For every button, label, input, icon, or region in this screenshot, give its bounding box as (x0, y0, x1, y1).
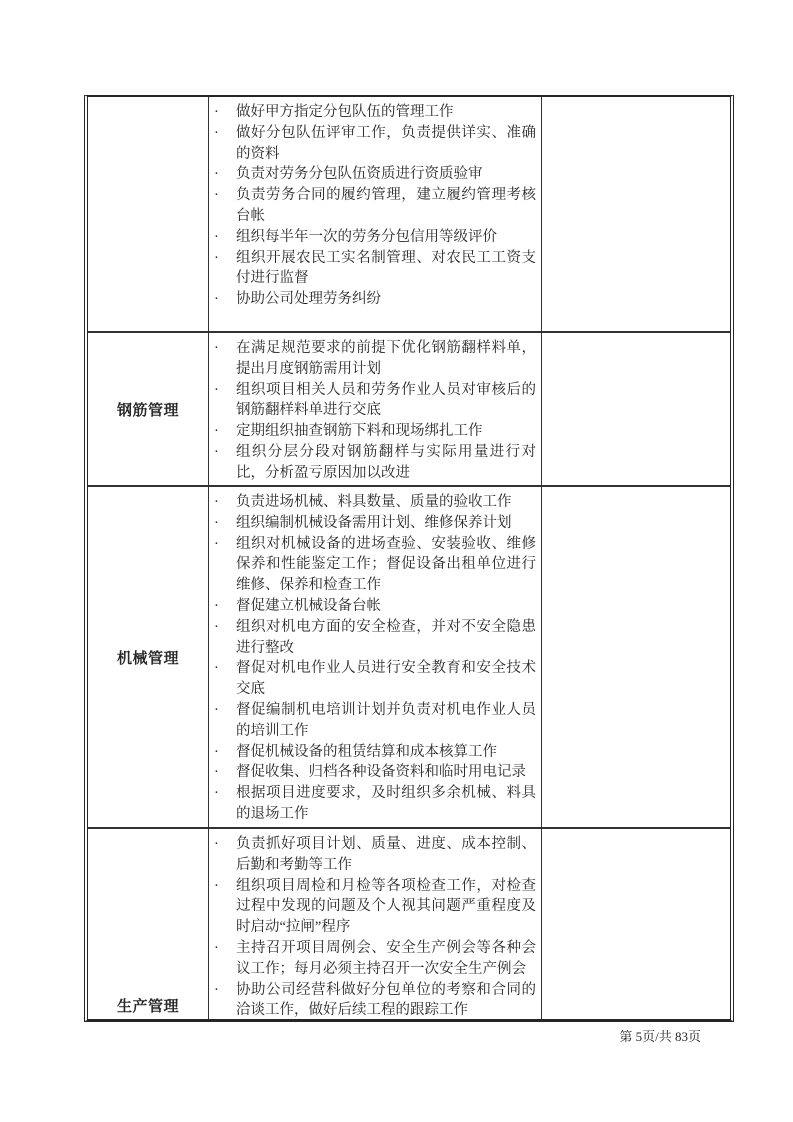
table-row: ·做好甲方指定分包队伍的管理工作·做好分包队伍评审工作，负责提供详实、准确的资料… (88, 97, 730, 333)
duty-item: ·组织对机械设备的进场查验、安装验收、维修保养和性能鉴定工作；督促设备出租单位进… (213, 534, 536, 596)
row-duties-cell: ·做好甲方指定分包队伍的管理工作·做好分包队伍评审工作，负责提供详实、准确的资料… (209, 97, 542, 331)
duty-item: ·组织分层分段对钢筋翻样与实际用量进行对比，分析盈亏原因加以改进 (213, 442, 536, 484)
row-label: 生产管理 (117, 995, 179, 1016)
duty-text: 督促编制机电培训计划并负责对机电作业人员的培训工作 (236, 702, 536, 739)
duty-item: ·负责进场机械、料具数量、质量的验收工作 (213, 492, 536, 513)
duty-text: 做好分包队伍评审工作，负责提供详实、准确的资料 (236, 125, 536, 162)
bullet-marker: · (214, 742, 219, 763)
page-number: 第 5页/共 83页 (619, 1026, 701, 1045)
duty-item: ·负责对劳务分包队伍资质进行资质验审 (213, 164, 536, 185)
duty-item: ·组织项目相关人员和劳务作业人员对审核后的钢筋翻样料单进行交底 (213, 380, 536, 422)
duty-text: 组织分层分段对钢筋翻样与实际用量进行对比，分析盈亏原因加以改进 (236, 444, 536, 481)
duty-text: 督促收集、归档各种设备资料和临时用电记录 (236, 764, 526, 780)
duty-text: 负责对劳务分包队伍资质进行资质验审 (236, 166, 483, 182)
table-row: 机械管理 ·负责进场机械、料具数量、质量的验收工作·组织编制机械设备需用计划、维… (88, 487, 730, 829)
row-duties-cell: ·在满足规范要求的前提下优化钢筋翻样料单，提出月度钢筋需用计划·组织项目相关人员… (209, 333, 542, 485)
duty-text: 定期组织抽查钢筋下料和现场绑扎工作 (236, 423, 483, 439)
duty-item: ·协助公司经营科做好分包单位的考察和合同的洽谈工作，做好后续工程的跟踪工作 (213, 980, 536, 1019)
bullet-marker: · (214, 380, 219, 401)
duty-item: ·负责劳务合同的履约管理，建立履约管理考核台帐 (213, 185, 536, 227)
duty-item: ·组织每半年一次的劳务分包信用等级评价 (213, 227, 536, 248)
duty-item: ·组织编制机械设备需用计划、维修保养计划 (213, 513, 536, 534)
duty-text: 组织编制机械设备需用计划、维修保养计划 (236, 515, 512, 531)
duty-item: ·督促收集、归档各种设备资料和临时用电记录 (213, 762, 536, 783)
bullet-marker: · (214, 421, 219, 442)
row-empty-cell (542, 333, 730, 485)
table-row: 生产管理 ·负责抓好项目计划、质量、进度、成本控制、后勤和考勤等工作·组织项目周… (88, 829, 730, 1019)
duty-item: ·督促机械设备的租赁结算和成本核算工作 (213, 742, 536, 763)
duty-item: ·定期组织抽查钢筋下料和现场绑扎工作 (213, 421, 536, 442)
duty-item: ·组织对机电方面的安全检查，并对不安全隐患进行整改 (213, 617, 536, 659)
row-label-cell: 生产管理 (88, 829, 209, 1019)
row-empty-cell (542, 487, 730, 827)
duty-text: 负责抓好项目计划、质量、进度、成本控制、后勤和考勤等工作 (236, 836, 536, 873)
bullet-marker: · (214, 123, 219, 144)
bullet-marker: · (214, 248, 219, 269)
duty-item: ·在满足规范要求的前提下优化钢筋翻样料单，提出月度钢筋需用计划 (213, 338, 536, 380)
duty-text: 协助公司处理劳务纠纷 (236, 291, 381, 307)
bullet-marker: · (214, 442, 219, 463)
bullet-marker: · (214, 700, 219, 721)
bullet-marker: · (214, 876, 219, 897)
duty-text: 组织项目相关人员和劳务作业人员对审核后的钢筋翻样料单进行交底 (236, 382, 536, 419)
bullet-marker: · (214, 164, 219, 185)
duty-item: ·督促对机电作业人员进行安全教育和安全技术交底 (213, 658, 536, 700)
bullet-marker: · (214, 596, 219, 617)
bullet-marker: · (214, 534, 219, 555)
duty-text: 组织开展农民工实名制管理、对农民工工资支付进行监督 (236, 250, 536, 287)
row-duties-cell: ·负责抓好项目计划、质量、进度、成本控制、后勤和考勤等工作·组织项目周检和月检等… (209, 829, 542, 1019)
duty-item: ·根据项目进度要求，及时组织多余机械、料具的退场工作 (213, 783, 536, 825)
bullet-marker: · (214, 338, 219, 359)
duty-text: 负责进场机械、料具数量、质量的验收工作 (236, 494, 512, 510)
duty-text: 组织每半年一次的劳务分包信用等级评价 (236, 229, 497, 245)
bullet-marker: · (214, 102, 219, 123)
duty-text: 在满足规范要求的前提下优化钢筋翻样料单，提出月度钢筋需用计划 (236, 340, 536, 377)
row-label-cell (88, 97, 209, 331)
duty-text: 组织对机械设备的进场查验、安装验收、维修保养和性能鉴定工作；督促设备出租单位进行… (236, 536, 536, 594)
bullet-marker: · (214, 227, 219, 248)
duty-text: 做好甲方指定分包队伍的管理工作 (236, 104, 454, 120)
bullet-marker: · (214, 617, 219, 638)
row-label: 钢筋管理 (117, 399, 179, 420)
bullet-marker: · (214, 762, 219, 783)
duty-item: ·做好甲方指定分包队伍的管理工作 (213, 102, 536, 123)
duty-text: 督促建立机械设备台帐 (236, 598, 381, 614)
duty-text: 根据项目进度要求，及时组织多余机械、料具的退场工作 (236, 785, 536, 822)
table-row: 钢筋管理 ·在满足规范要求的前提下优化钢筋翻样料单，提出月度钢筋需用计划·组织项… (88, 333, 730, 487)
duty-item: ·做好分包队伍评审工作，负责提供详实、准确的资料 (213, 123, 536, 165)
job-duties-table: ·做好甲方指定分包队伍的管理工作·做好分包队伍评审工作，负责提供详实、准确的资料… (84, 95, 734, 1022)
duty-item: ·负责抓好项目计划、质量、进度、成本控制、后勤和考勤等工作 (213, 834, 536, 876)
row-label-cell: 钢筋管理 (88, 333, 209, 485)
duty-text: 负责劳务合同的履约管理，建立履约管理考核台帐 (236, 187, 536, 224)
bullet-marker: · (214, 492, 219, 513)
bullet-marker: · (214, 185, 219, 206)
row-empty-cell (542, 829, 730, 1019)
duty-item: ·组织项目周检和月检等各项检查工作，对检查过程中发现的问题及个人视其问题严重程度… (213, 876, 536, 938)
bullet-marker: · (214, 658, 219, 679)
duty-item: ·组织开展农民工实名制管理、对农民工工资支付进行监督 (213, 248, 536, 290)
row-label: 机械管理 (117, 647, 179, 668)
duty-text: 组织对机电方面的安全检查，并对不安全隐患进行整改 (236, 619, 536, 656)
bullet-marker: · (214, 980, 219, 1001)
duty-item: ·督促建立机械设备台帐 (213, 596, 536, 617)
row-label-cell: 机械管理 (88, 487, 209, 827)
duty-text: 督促对机电作业人员进行安全教育和安全技术交底 (236, 660, 536, 697)
duty-text: 督促机械设备的租赁结算和成本核算工作 (236, 744, 497, 760)
bullet-marker: · (214, 938, 219, 959)
duty-text: 主持召开项目周例会、安全生产例会等各种会议工作；每月必须主持召开一次安全生产例会 (236, 940, 536, 977)
duty-text: 组织项目周检和月检等各项检查工作，对检查过程中发现的问题及个人视其问题严重程度及… (236, 878, 536, 936)
duty-text: 协助公司经营科做好分包单位的考察和合同的洽谈工作，做好后续工程的跟踪工作 (236, 982, 536, 1019)
duty-item: ·协助公司处理劳务纠纷 (213, 289, 536, 310)
bullet-marker: · (214, 834, 219, 855)
bullet-marker: · (214, 513, 219, 534)
row-duties-cell: ·负责进场机械、料具数量、质量的验收工作·组织编制机械设备需用计划、维修保养计划… (209, 487, 542, 827)
row-empty-cell (542, 97, 730, 331)
duty-item: ·主持召开项目周例会、安全生产例会等各种会议工作；每月必须主持召开一次安全生产例… (213, 938, 536, 980)
duty-item: ·督促编制机电培训计划并负责对机电作业人员的培训工作 (213, 700, 536, 742)
bullet-marker: · (214, 289, 219, 310)
bullet-marker: · (214, 783, 219, 804)
